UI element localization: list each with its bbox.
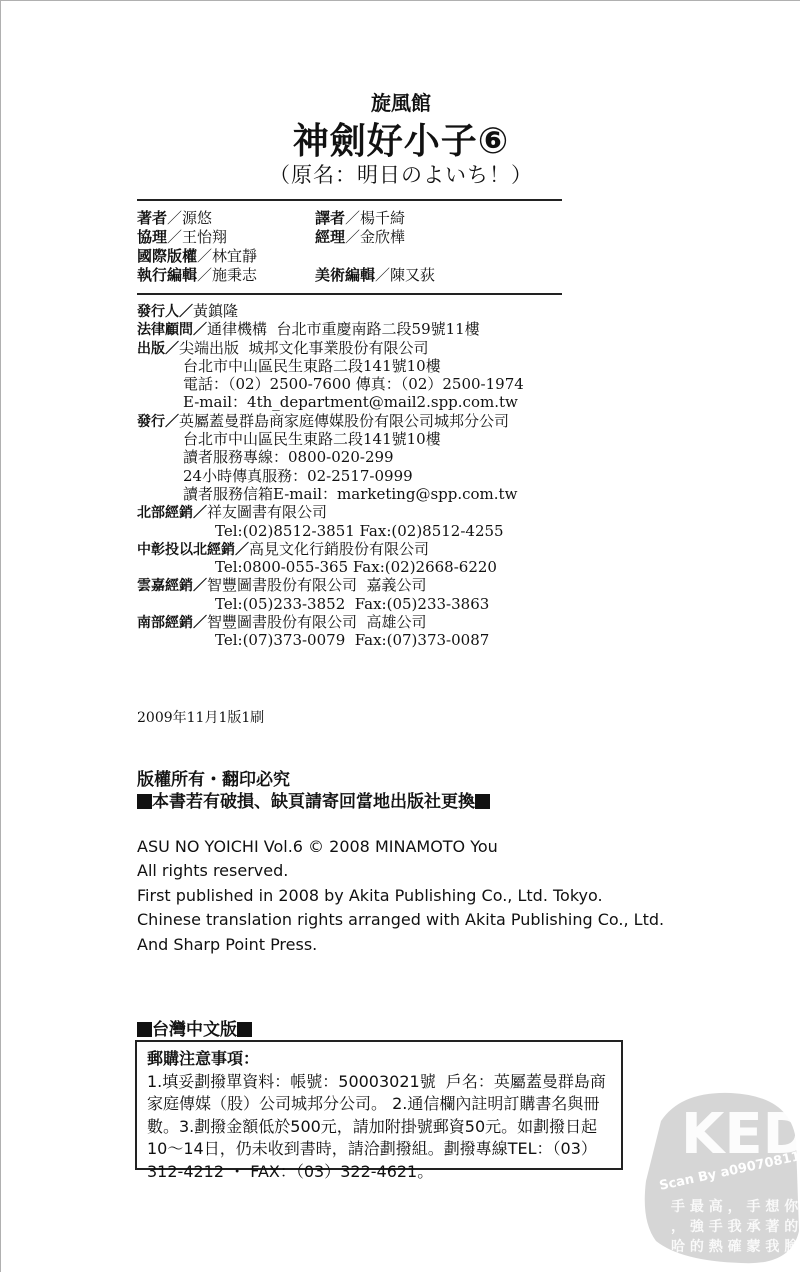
slash: ／ — [345, 228, 360, 246]
credit-name: 王怡翔 — [182, 228, 227, 246]
info-key: 南部經銷／ — [137, 615, 207, 631]
edition-date: 2009年11月1版1刷 — [137, 707, 264, 727]
taiwan-edition-text: 台灣中文版 — [152, 1020, 237, 1040]
info-value: Tel:(05)233-3852 Fax:(05)233-3863 — [215, 595, 489, 613]
divider-top — [137, 199, 562, 201]
info-value: 台北市中山區民生東路二段141號10樓 — [183, 357, 441, 375]
watermark-badge-icon: KED Scan By a09070811 手 最 高 ， 手 想 你 ， 強 … — [641, 1081, 800, 1272]
info-key: 雲嘉經銷／ — [137, 578, 207, 594]
slash: ／ — [197, 247, 212, 265]
staff-credits: 著者／源悠 譯者／楊千綺 協理／王怡翔 經理／金欣樺 國際版權／林宜靜 執行編輯… — [137, 209, 597, 285]
notice-heading: 郵購注意事項： — [147, 1048, 611, 1071]
publisher-line: 出版／尖端出版 城邦文化事業股份有限公司 — [137, 339, 617, 357]
info-key: 發行人／ — [137, 304, 193, 320]
divider-middle — [137, 293, 562, 295]
credit-name: 林宜靜 — [212, 247, 257, 265]
slash: ／ — [345, 209, 360, 227]
slash: ／ — [167, 209, 182, 227]
credit-row: 協理／王怡翔 經理／金欣樺 — [137, 228, 597, 247]
info-value: 高見文化行銷股份有限公司 — [249, 540, 429, 558]
publisher-info: 發行人／黃鎮隆 法律顧問／通律機構 台北市重慶南路二段59號11樓 出版／尖端出… — [137, 302, 617, 650]
notice-line: 數。3.劃撥金額低於500元，請加附掛號郵資50元。如劃撥日起 — [147, 1116, 611, 1139]
info-value: Tel:(02)8512-3851 Fax:(02)8512-4255 — [215, 522, 504, 540]
copyright-block: ASU NO YOICHI Vol.6 © 2008 MINAMOTO You … — [137, 835, 664, 957]
original-title: （原名：明日のよいち！） — [1, 159, 800, 189]
publisher-line: 雲嘉經銷／智豐圖書股份有限公司 嘉義公司 — [137, 576, 617, 594]
publisher-line: Tel:(07)373-0079 Fax:(07)373-0087 — [137, 631, 617, 649]
book-title: 神劍好小子⑥ — [1, 113, 800, 164]
copyright-line: First published in 2008 by Akita Publish… — [137, 884, 664, 908]
notice-line: 1.填妥劃撥單資料：帳號：50003021號 戶名：英屬蓋曼群島商 — [147, 1071, 611, 1094]
publisher-line: E-mail：4th_department@mail2.spp.com.tw — [137, 393, 617, 411]
info-value: 尖端出版 城邦文化事業股份有限公司 — [179, 339, 429, 357]
info-value: 智豐圖書股份有限公司 嘉義公司 — [207, 576, 427, 594]
slash: ／ — [167, 228, 182, 246]
slash: ／ — [375, 266, 390, 284]
credit-name: 陳又荻 — [390, 266, 435, 284]
copyright-line: ASU NO YOICHI Vol.6 © 2008 MINAMOTO You — [137, 835, 664, 859]
publisher-line: 台北市中山區民生東路二段141號10樓 — [137, 430, 617, 448]
info-value: 祥友圖書有限公司 — [207, 503, 327, 521]
svg-text:手 最 高 ， 手 想 你: 手 最 高 ， 手 想 你 — [671, 1198, 799, 1215]
info-key: 法律顧問／ — [137, 322, 207, 338]
copyright-line: All rights reserved. — [137, 859, 664, 883]
svg-text:KED: KED — [681, 1102, 800, 1167]
credit-role: 經理 — [315, 228, 345, 246]
publisher-line: Tel:0800-055-365 Fax:(02)2668-6220 — [137, 558, 617, 576]
publisher-line: Tel:(05)233-3852 Fax:(05)233-3863 — [137, 595, 617, 613]
credit-role: 國際版權 — [137, 247, 197, 265]
credit-name: 源悠 — [182, 209, 212, 227]
info-value: 台北市中山區民生東路二段141號10樓 — [183, 430, 441, 448]
info-value: 智豐圖書股份有限公司 高雄公司 — [207, 613, 427, 631]
credit-row: 著者／源悠 譯者／楊千綺 — [137, 209, 597, 228]
svg-text:哈 的 熱 確 蒙 我 臉: 哈 的 熱 確 蒙 我 臉 — [671, 1238, 798, 1255]
black-square-icon — [237, 1022, 252, 1037]
publisher-line: 讀者服務信箱E-mail：marketing@spp.com.tw — [137, 485, 617, 503]
info-value: 黃鎮隆 — [193, 302, 238, 320]
credit-row: 國際版權／林宜靜 — [137, 247, 597, 266]
scanlator-watermark: KED Scan By a09070811 手 最 高 ， 手 想 你 ， 強 … — [641, 1081, 800, 1272]
info-value: 英屬蓋曼群島商家庭傳媒股份有限公司城邦分公司 — [179, 412, 509, 430]
svg-text:， 強 手 我 承 著 的: ， 強 手 我 承 著 的 — [671, 1218, 798, 1235]
copyright-line: And Sharp Point Press. — [137, 933, 664, 957]
credit-role: 協理 — [137, 228, 167, 246]
credit-name: 楊千綺 — [360, 209, 405, 227]
publisher-line: 北部經銷／祥友圖書有限公司 — [137, 503, 617, 521]
publisher-line: 中彰投以北經銷／高見文化行銷股份有限公司 — [137, 540, 617, 558]
damage-notice: 本書若有破損、缺頁請寄回當地出版社更換 — [137, 787, 490, 812]
publisher-line: 發行人／黃鎮隆 — [137, 302, 617, 320]
publisher-line: 台北市中山區民生東路二段141號10樓 — [137, 357, 617, 375]
black-square-icon — [137, 794, 152, 809]
svg-text:Scan By a09070811: Scan By a09070811 — [658, 1149, 800, 1194]
notice-line: 312-4212 ・ FAX：（03）322-4621。 — [147, 1161, 611, 1184]
black-square-icon — [137, 1022, 152, 1037]
info-value: 24小時傳真服務：02-2517-0999 — [183, 467, 413, 485]
publisher-line: 法律顧問／通律機構 台北市重慶南路二段59號11樓 — [137, 320, 617, 338]
credit-row: 執行編輯／施秉志 美術編輯／陳又荻 — [137, 266, 597, 285]
info-value: E-mail：4th_department@mail2.spp.com.tw — [183, 393, 518, 411]
black-square-icon — [475, 794, 490, 809]
credit-role: 著者 — [137, 209, 167, 227]
publisher-line: 發行／英屬蓋曼群島商家庭傳媒股份有限公司城邦分公司 — [137, 412, 617, 430]
credit-role: 執行編輯 — [137, 266, 197, 284]
publisher-line: Tel:(02)8512-3851 Fax:(02)8512-4255 — [137, 522, 617, 540]
info-value: 通律機構 台北市重慶南路二段59號11樓 — [207, 320, 480, 338]
info-value: Tel:0800-055-365 Fax:(02)2668-6220 — [215, 558, 497, 576]
mail-order-notice-box: 郵購注意事項： 1.填妥劃撥單資料：帳號：50003021號 戶名：英屬蓋曼群島… — [135, 1040, 623, 1170]
publisher-line: 電話：（02）2500-7600 傳真：（02）2500-1974 — [137, 375, 617, 393]
info-key: 發行／ — [137, 414, 179, 430]
credit-role: 美術編輯 — [315, 266, 375, 284]
notice-line: 10～14日，仍未收到書時，請洽劃撥組。劃撥專線TEL：（03） — [147, 1138, 611, 1161]
slash: ／ — [197, 266, 212, 284]
credit-name: 施秉志 — [212, 266, 257, 284]
publisher-line: 24小時傳真服務：02-2517-0999 — [137, 467, 617, 485]
info-value: 讀者服務專線：0800-020-299 — [183, 448, 394, 466]
info-key: 中彰投以北經銷／ — [137, 542, 249, 558]
info-value: 電話：（02）2500-7600 傳真：（02）2500-1974 — [183, 375, 524, 393]
info-key: 北部經銷／ — [137, 505, 207, 521]
credit-role: 譯者 — [315, 209, 345, 227]
notice-line: 家庭傳媒（股）公司城邦分公司。 2.通信欄內註明訂購書名與冊 — [147, 1093, 611, 1116]
taiwan-edition-label: 台灣中文版 — [137, 1015, 252, 1040]
info-value: 讀者服務信箱E-mail：marketing@spp.com.tw — [183, 485, 517, 503]
info-value: Tel:(07)373-0079 Fax:(07)373-0087 — [215, 631, 489, 649]
info-key: 出版／ — [137, 341, 179, 357]
publisher-line: 讀者服務專線：0800-020-299 — [137, 448, 617, 466]
damage-notice-text: 本書若有破損、缺頁請寄回當地出版社更換 — [152, 792, 475, 812]
publisher-line: 南部經銷／智豐圖書股份有限公司 高雄公司 — [137, 613, 617, 631]
credit-name: 金欣樺 — [360, 228, 405, 246]
imprint-name: 旋風館 — [1, 87, 800, 116]
copyright-line: Chinese translation rights arranged with… — [137, 908, 664, 932]
